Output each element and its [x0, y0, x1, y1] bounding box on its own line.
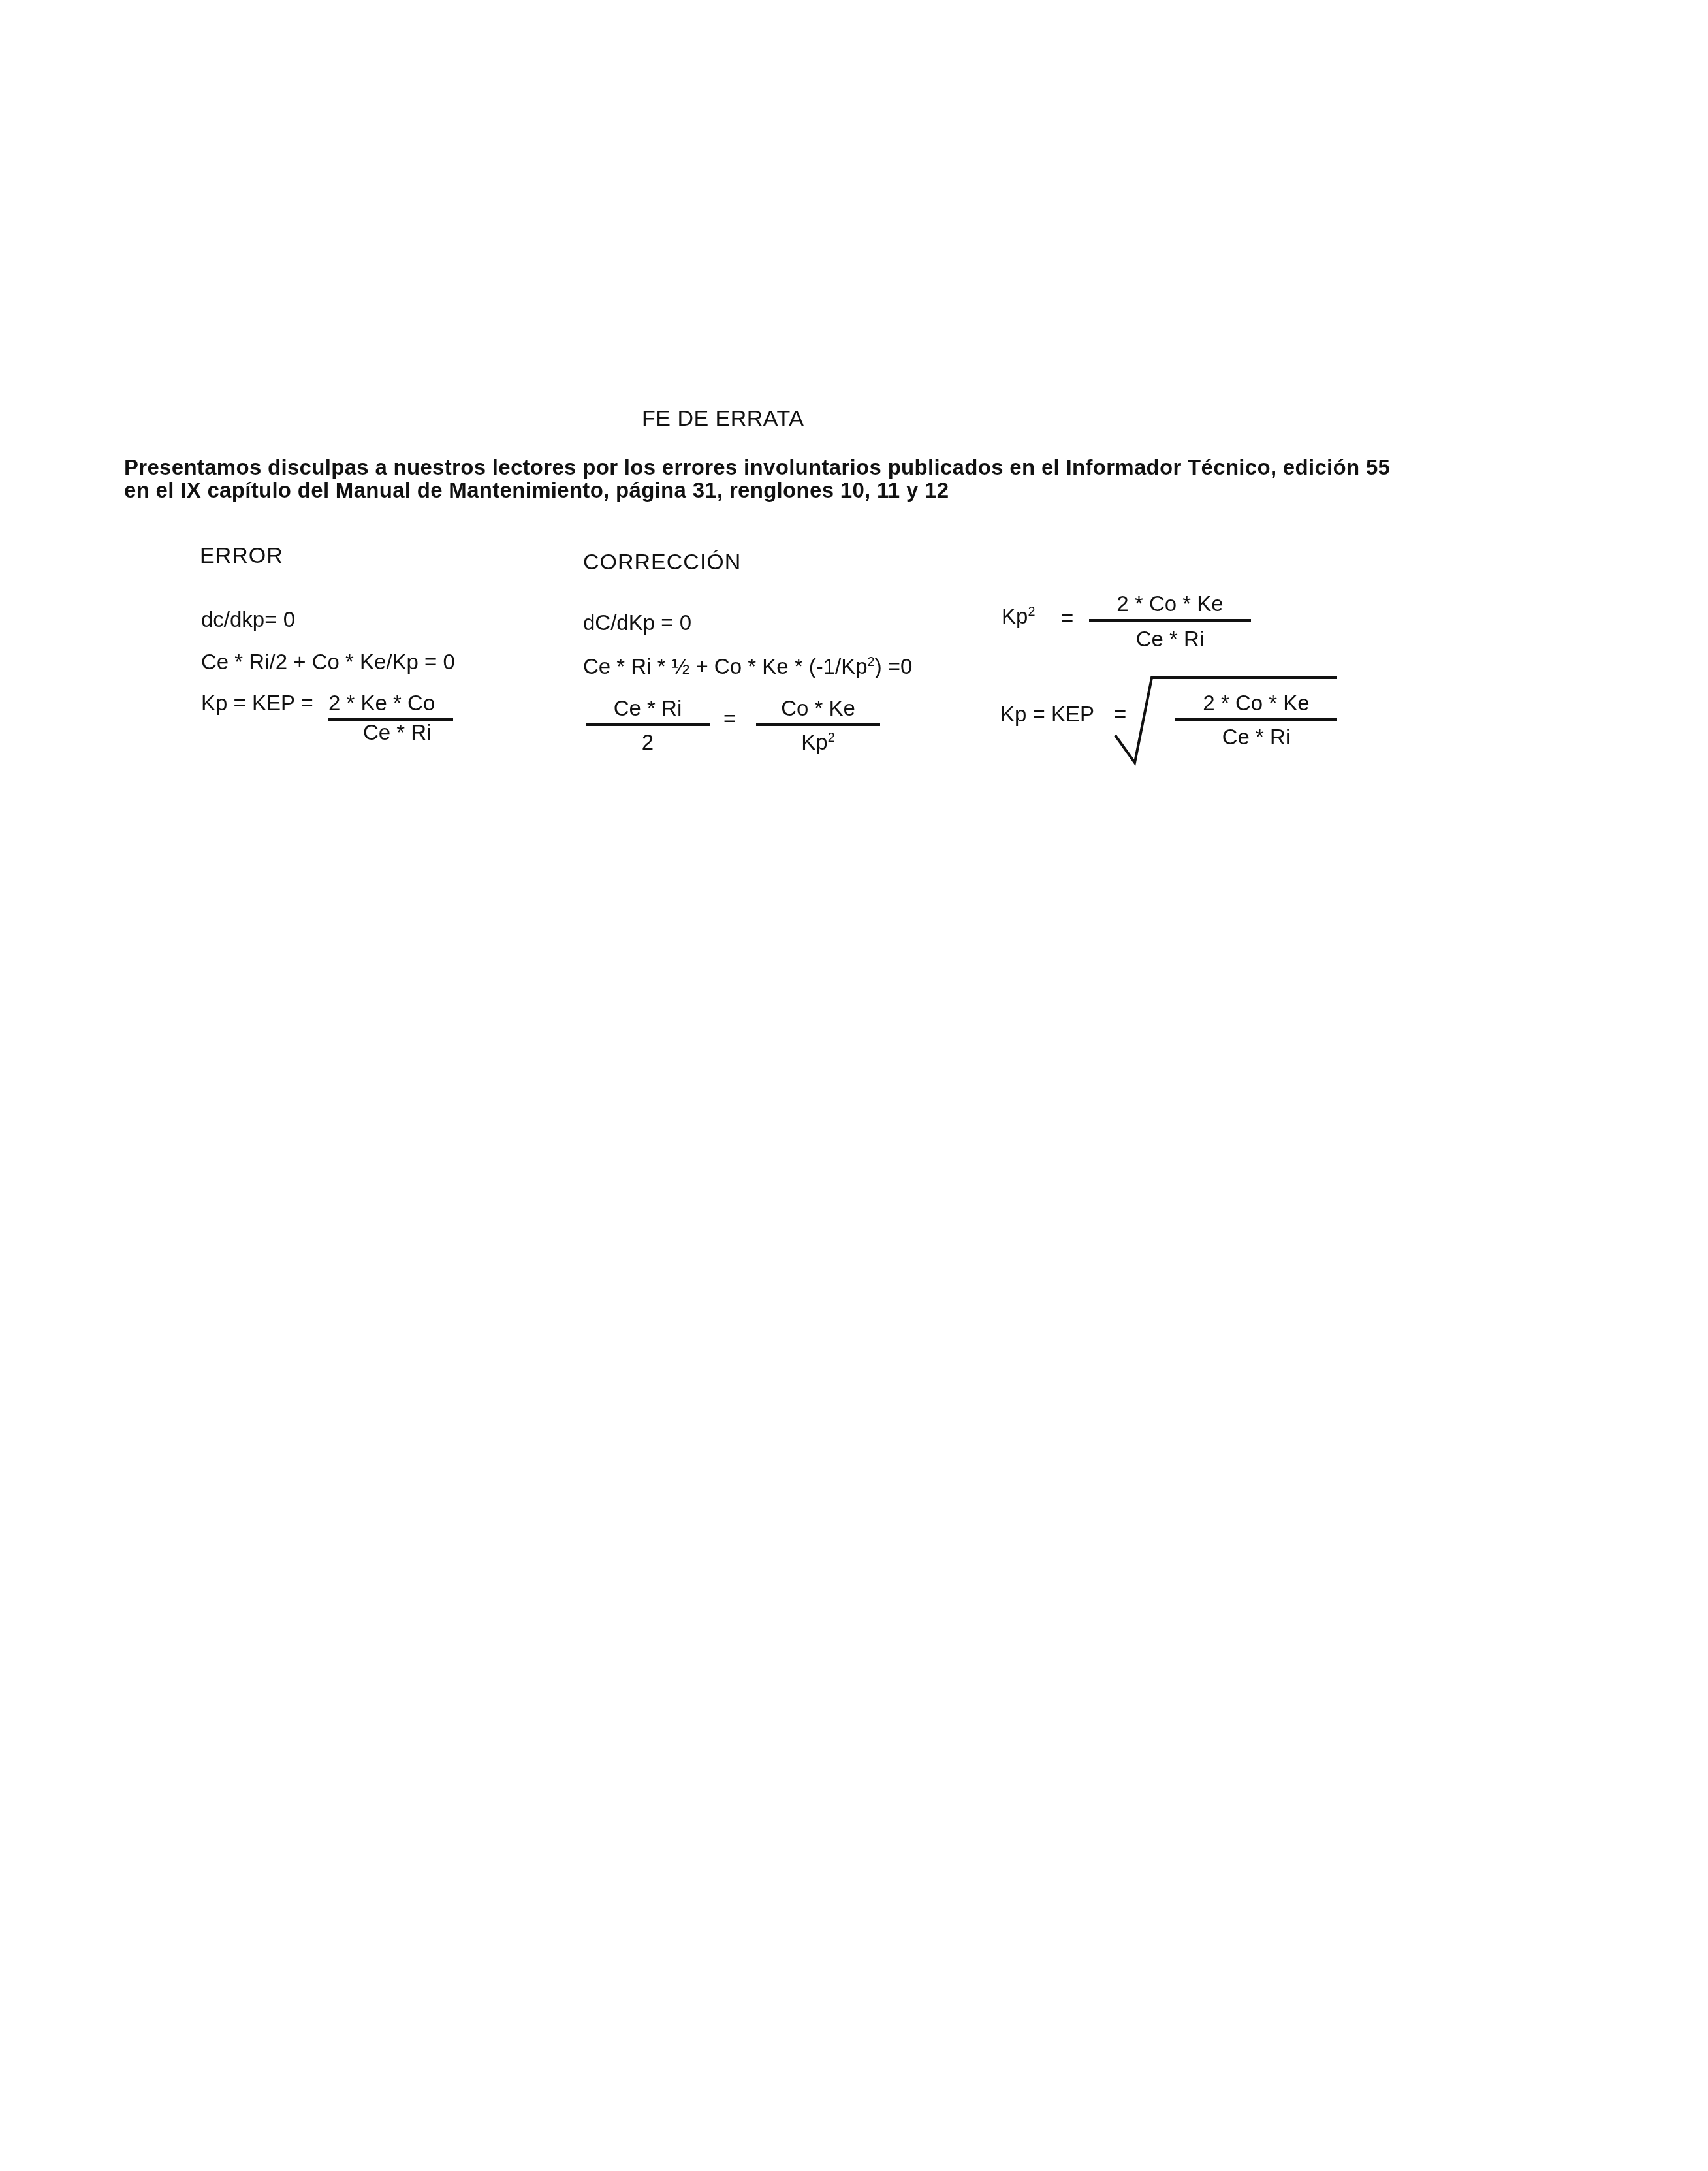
error-heading: ERROR: [200, 543, 283, 569]
result-equation-1-lhs: Kp2: [1002, 604, 1035, 629]
error-equation-3-lhs: Kp = KEP =: [201, 691, 313, 716]
correction-right-denominator: Kp2: [801, 730, 834, 755]
result-equation-2-fraction: 2 * Co * Ke Ce * Ri: [1175, 691, 1337, 750]
correction-left-denominator: 2: [642, 730, 654, 755]
apology-paragraph-line-1: Presentamos disculpas a nuestros lectore…: [124, 455, 1390, 480]
error-equation-3-numerator: 2 * Ke * Co: [328, 691, 435, 716]
error-equation-1: dc/dkp= 0: [201, 607, 295, 632]
apology-paragraph-line-2: en el IX capítulo del Manual de Mantenim…: [124, 478, 949, 503]
correction-right-fraction: Co * Ke Kp2: [756, 696, 880, 755]
correction-equation-2: Ce * Ri * ½ + Co * Ke * (-1/Kp2) =0: [583, 654, 912, 679]
error-equation-3-denominator: Ce * Ri: [363, 720, 432, 745]
page-title: FE DE ERRATA: [642, 406, 804, 432]
correction-equals-sign: =: [723, 706, 736, 731]
fraction-bar: [1175, 718, 1337, 721]
result-equation-2-numerator: 2 * Co * Ke: [1203, 691, 1309, 716]
result-equation-2-lhs: Kp = KEP: [1000, 702, 1094, 727]
fraction-bar: [1089, 619, 1251, 622]
correction-heading: CORRECCIÓN: [583, 550, 741, 575]
result-equation-1-equals: =: [1061, 606, 1073, 631]
result-equation-1-numerator: 2 * Co * Ke: [1116, 592, 1223, 616]
error-equation-2: Ce * Ri/2 + Co * Ke/Kp = 0: [201, 650, 455, 674]
result-equation-1-denominator: Ce * Ri: [1136, 627, 1205, 652]
correction-left-fraction: Ce * Ri 2: [586, 696, 710, 755]
result-equation-2-denominator: Ce * Ri: [1222, 725, 1291, 750]
result-equation-1-fraction: 2 * Co * Ke Ce * Ri: [1089, 592, 1251, 652]
fraction-bar: [586, 723, 710, 726]
correction-right-numerator: Co * Ke: [781, 696, 855, 721]
correction-left-numerator: Ce * Ri: [614, 696, 682, 721]
correction-equation-1: dC/dKp = 0: [583, 610, 691, 635]
fraction-bar: [756, 723, 880, 726]
